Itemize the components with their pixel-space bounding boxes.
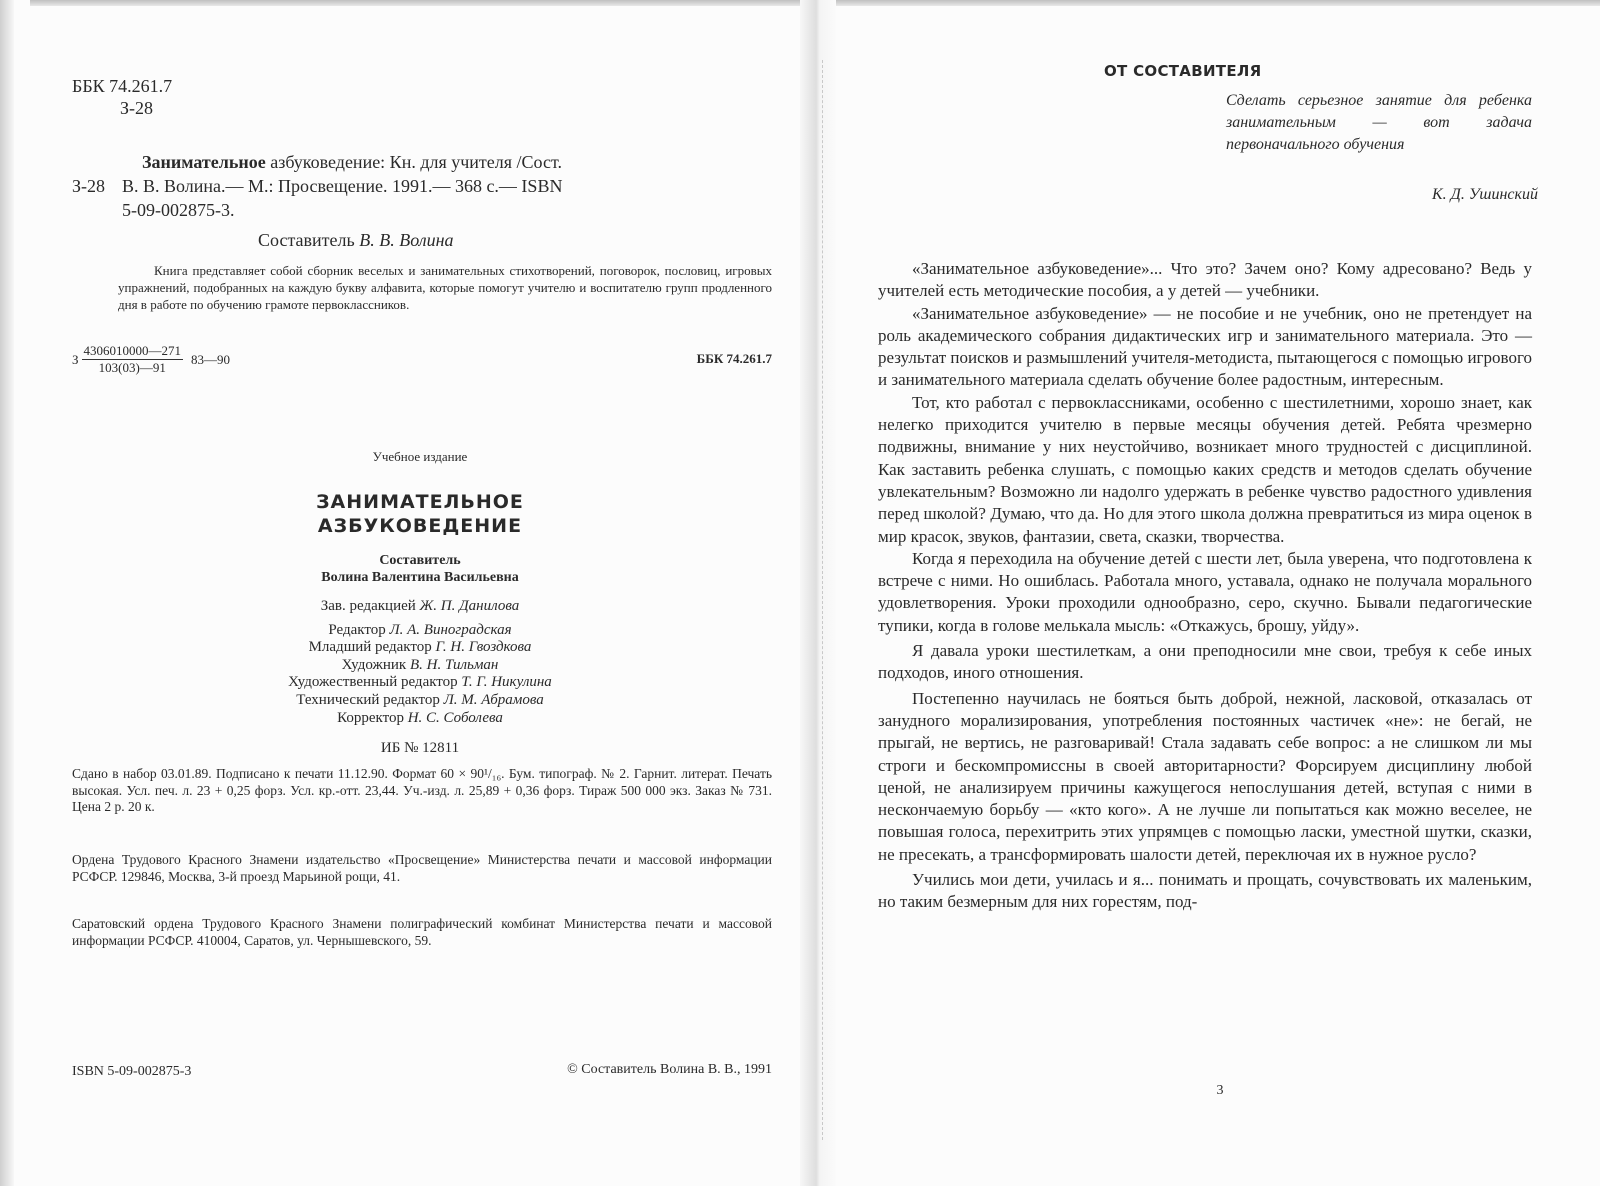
biblio-title-bold: Занимательное [142,152,266,172]
credit-name: Н. С. Соболева [408,710,503,726]
credit-name: Т. Г. Никулина [461,674,551,690]
credit-name: Ж. П. Данилова [420,598,520,614]
binding-stitch-line [822,60,824,1140]
book-title-line-1: ЗАНИМАТЕЛЬНОЕ [40,490,800,514]
paragraph: Постепенно научилась не бояться быть доб… [878,688,1532,866]
credit-role: Художественный редактор [288,674,461,690]
preface-body: «Занимательное азбуковедение»... Что это… [878,258,1532,914]
credit-line: Редактор Л. А. Виноградская [40,622,800,640]
epigraph-author: К. Д. Ушинский [1432,186,1538,204]
compiler-block: Составитель Волина Валентина Васильевна [40,552,800,586]
book-spread: ББК 74.261.7 З-28 З-28 Занимательное азб… [0,0,1600,1186]
epigraph-text: Сделать серьезное занятие для ребенка за… [1226,90,1532,156]
compiler-line: Составитель В. В. Волина [258,230,454,251]
book-title: ЗАНИМАТЕЛЬНОЕ АЗБУКОВЕДЕНИЕ [40,490,800,538]
biblio-line-2: В. В. Волина.— М.: Просвещение. 1991.— 3… [72,174,772,198]
page-number: 3 [840,1083,1600,1099]
paragraph: «Занимательное азбуковедение» — не пособ… [878,303,1532,392]
biblio-line-3: 5-09-002875-3. [72,198,772,222]
credit-line: Корректор Н. С. Соболева [40,710,800,728]
copyright: © Составитель Волина В. В., 1991 [567,1062,772,1078]
paragraph: Учились мои дети, училась и я... понимат… [878,869,1532,914]
biblio-line-1: Занимательное азбуковедение: Кн. для учи… [72,150,772,174]
credit-line: Технический редактор Л. М. Абрамова [40,692,800,710]
credit-line: Зав. редакцией Ж. П. Данилова [40,598,800,616]
book-annotation: Книга представляет собой сборник веселых… [118,262,772,313]
edition-type: Учебное издание [40,449,800,465]
compiler-block-label: Составитель [40,552,800,569]
credit-name: Л. А. Виноградская [389,622,511,638]
paragraph: Тот, кто работал с первоклассниками, осо… [878,392,1532,548]
fraction-body: 4306010000—271 103(03)—91 [82,343,184,376]
bbk-code-right: ББК 74.261.7 [697,351,772,367]
credit-line: Художественный редактор Т. Г. Никулина [40,674,800,692]
compiler-name: В. В. Волина [359,230,453,250]
biblio-line-1-rest: азбуковедение: Кн. для учителя /Сост. [266,152,562,172]
paragraph: «Занимательное азбуковедение»... Что это… [878,258,1532,303]
bbk-code: ББК 74.261.7 [72,75,172,97]
book-gutter [800,0,836,1186]
credit-role: Корректор [337,710,408,726]
credit-name: Г. Н. Гвоздкова [436,639,532,655]
classification-fraction: З 4306010000—271 103(03)—91 83—90 [72,343,230,376]
credit-role: Зав. редакцией [321,598,420,614]
left-page-imprint: ББК 74.261.7 З-28 З-28 Занимательное азб… [40,0,800,1186]
bbk-header: ББК 74.261.7 З-28 [72,75,172,119]
credit-role: Редактор [328,622,389,638]
publisher-info: Ордена Трудового Красного Знамени издате… [72,852,772,885]
credit-name: В. Н. Тильман [410,657,498,673]
classification-index: З 4306010000—271 103(03)—91 83—90 ББК 74… [72,343,772,383]
fraction-denominator: 103(03)—91 [99,360,166,376]
credit-line: Художник В. Н. Тильман [40,657,800,675]
bibliographic-record: З-28 Занимательное азбуковедение: Кн. дл… [72,150,772,222]
credit-line: Младший редактор Г. Н. Гвоздкова [40,639,800,657]
ib-number: ИБ № 12811 [40,740,800,757]
paragraph: Я давала уроки шестилеткам, а они препод… [878,640,1532,685]
section-title: ОТ СОСТАВИТЕЛЯ [1104,62,1262,80]
book-title-line-2: АЗБУКОВЕДЕНИЕ [40,514,800,538]
author-index: З-28 [72,97,172,119]
credit-role: Художник [342,657,410,673]
fraction-suffix: 83—90 [191,352,230,368]
right-page-preface: ОТ СОСТАВИТЕЛЯ Сделать серьезное занятие… [840,0,1600,1186]
credit-name: Л. М. Абрамова [444,692,544,708]
isbn: ISBN 5-09-002875-3 [72,1064,191,1080]
compiler-full-name: Волина Валентина Васильевна [40,569,800,586]
page-left-edge-shadow [0,0,14,1186]
fraction-numerator: 4306010000—271 [82,343,184,360]
fraction-prefix: З [72,352,79,368]
print-imprint: Сдано в набор 03.01.89. Подписано к печа… [72,766,772,816]
hang-index: З-28 [72,174,105,198]
credits-list: Зав. редакцией Ж. П. Данилова Редактор Л… [40,598,800,727]
credit-role: Младший редактор [309,639,436,655]
paragraph: Когда я переходила на обучение детей с ш… [878,548,1532,637]
printer-info: Саратовский ордена Трудового Красного Зн… [72,916,772,949]
compiler-label: Составитель [258,230,359,250]
credit-role: Технический редактор [296,692,443,708]
